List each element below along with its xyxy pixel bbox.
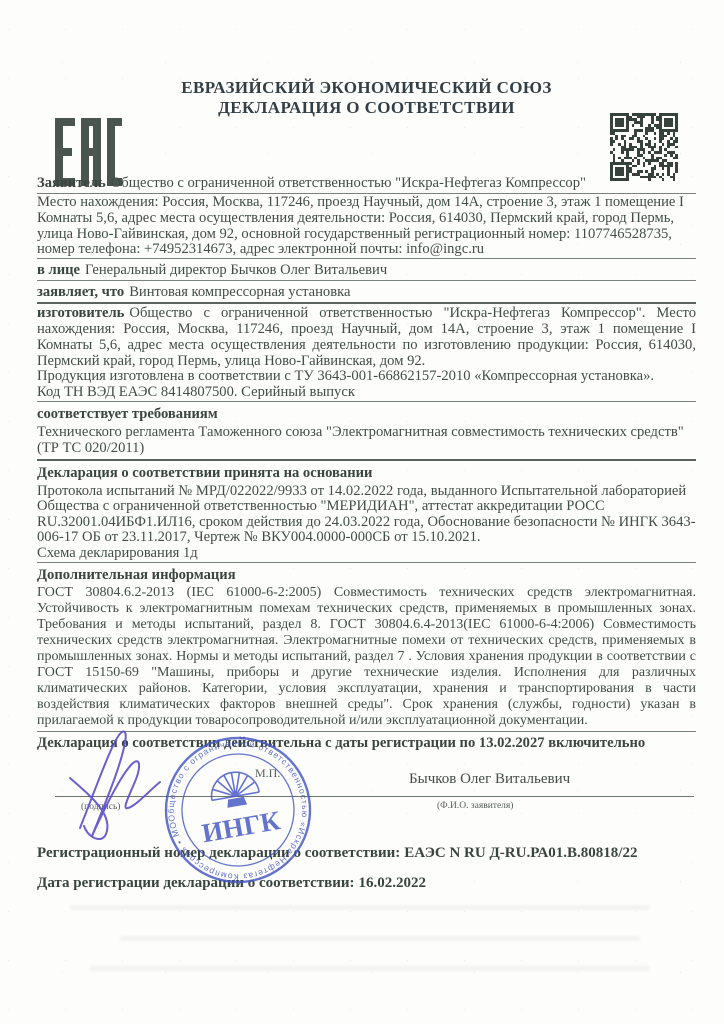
scheme-line: Схема декларирования 1д xyxy=(37,546,696,564)
registration-number-row: Регистрационный номер декларации о соотв… xyxy=(37,840,696,862)
signer-name: Бычков Олег Витальевич xyxy=(409,772,570,788)
registration-number-label: Регистрационный номер декларации о соотв… xyxy=(37,845,400,861)
complies-heading: соответствует требованиям xyxy=(37,402,696,424)
signature-block: (подпись) М.П. Бычков Олег Витальевич (Ф… xyxy=(37,752,696,840)
scan-noise xyxy=(90,966,650,971)
applicant-value: Общество с ограниченной ответственностью… xyxy=(111,175,586,191)
declares-row: заявляет, чтоВинтовая компрессорная уста… xyxy=(37,281,696,304)
registration-date-value: 16.02.2022 xyxy=(359,875,427,891)
declares-label: заявляет, что xyxy=(37,284,124,300)
manufacturer-value: Общество с ограниченной ответственностью… xyxy=(37,305,696,368)
manufacturer-label: изготовитель xyxy=(37,305,124,321)
additional-heading: Дополнительная информация xyxy=(37,563,696,585)
product-standard: Продукция изготовлена в соответствии с Т… xyxy=(37,369,696,385)
scan-noise xyxy=(120,936,640,941)
requirements-para: Технического регламента Таможенного союз… xyxy=(37,424,696,461)
person-label: в лице xyxy=(37,262,80,278)
declares-value: Винтовая компрессорная установка xyxy=(129,284,350,300)
validity-line: Декларация о соответствии действительна … xyxy=(37,732,696,752)
registration-date-row: Дата регистрации декларации о соответств… xyxy=(37,862,696,892)
document-body: ЕВРАЗИЙСКИЙ ЭКОНОМИЧЕСКИЙ СОЮЗ ДЕКЛАРАЦИ… xyxy=(37,62,696,892)
scan-noise xyxy=(70,905,650,910)
additional-para: ГОСТ 30804.6.2-2013 (IEC 61000-6-2:2005)… xyxy=(37,585,696,731)
doc-type-title: ДЕКЛАРАЦИЯ О СООТВЕТСТВИИ xyxy=(37,98,696,118)
applicant-label: Заявитель xyxy=(37,175,106,191)
manufacturer-para: изготовительОбщество с ограниченной отве… xyxy=(37,304,696,369)
signature-caption: (подпись) xyxy=(81,800,120,816)
registration-number-value: ЕАЭС N RU Д-RU.РА01.В.80818/22 xyxy=(404,845,637,861)
signature-line xyxy=(55,796,694,797)
basis-para: Протокола испытаний № МРД/022022/9933 от… xyxy=(37,483,696,546)
product-code: Код ТН ВЭД ЕАЭС 8414807500. Серийный вып… xyxy=(37,385,696,402)
union-title: ЕВРАЗИЙСКИЙ ЭКОНОМИЧЕСКИЙ СОЮЗ xyxy=(37,78,696,98)
stamp-place-label: М.П. xyxy=(255,766,280,782)
declaration-document: ЕВРАЗИЙСКИЙ ЭКОНОМИЧЕСКИЙ СОЮЗ ДЕКЛАРАЦИ… xyxy=(0,0,724,1024)
person-value: Генеральный директор Бычков Олег Виталье… xyxy=(85,262,387,278)
basis-heading: Декларация о соответствии принята на осн… xyxy=(37,461,696,483)
applicant-row: ЗаявительОбщество с ограниченной ответст… xyxy=(37,172,696,194)
registration-date-label: Дата регистрации декларации о соответств… xyxy=(37,875,355,891)
person-row: в лицеГенеральный директор Бычков Олег В… xyxy=(37,259,696,281)
applicant-details: Место нахождения: Россия, Москва, 117246… xyxy=(37,194,696,259)
signer-name-caption: (Ф.И.О. заявителя) xyxy=(437,799,513,815)
